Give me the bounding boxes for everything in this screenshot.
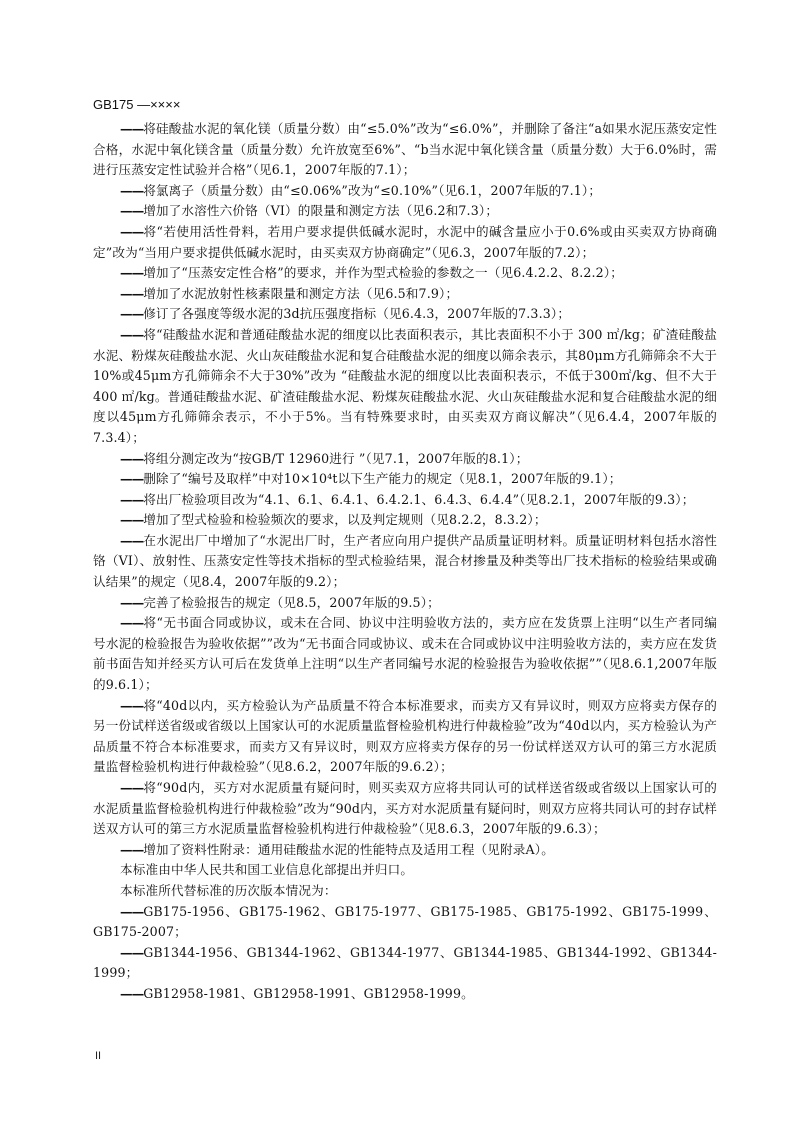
dash-marker: —— — [120, 183, 143, 198]
proposal-statement: 本标准由中华人民共和国工业信息化部提出并归口。 — [93, 860, 717, 881]
history-item-text: GB175-1956、GB175-1962、GB175-1977、GB175-1… — [93, 904, 717, 940]
change-item: ——将氯离子（质量分数）由“≤0.06%”改为“≤0.10%”（见6.1，200… — [93, 181, 717, 202]
change-item-text: 增加了水溶性六价铬（VI）的限量和测定方法（见6.2和7.3）； — [143, 203, 498, 218]
history-item: ——GB12958-1981、GB12958-1991、GB12958-1999… — [93, 984, 717, 1005]
change-item-text: 将组分测定改为“按GB/T 12960进行 ”（见7.1，2007年版的8.1）… — [143, 451, 528, 466]
dash-marker: —— — [120, 492, 143, 507]
dash-marker: —— — [120, 986, 143, 1001]
history-item: ——GB1344-1956、GB1344-1962、GB1344-1977、GB… — [93, 943, 717, 984]
change-item: ——将组分测定改为“按GB/T 12960进行 ”（见7.1，2007年版的8.… — [93, 449, 717, 470]
dash-marker: —— — [120, 842, 143, 857]
change-item-text: 将“无书面合同或协议，或未在合同、协议中注明验收方法的，卖方应在发货票上注明“以… — [93, 615, 717, 692]
change-item-text: 删除了“编号及取样”中对10×10⁴t以下生产能力的规定（见8.1，2007年版… — [143, 471, 621, 486]
history-intro: 本标准所代替标准的历次版本情况为： — [93, 881, 717, 902]
dash-marker: —— — [120, 945, 143, 960]
dash-marker: —— — [120, 904, 143, 919]
change-item: ——将“若使用活性骨料，若用户要求提供低碱水泥时，水泥中的碱含量应小于0.6%或… — [93, 222, 717, 263]
dash-marker: —— — [120, 224, 143, 239]
change-item: ——增加了水溶性六价铬（VI）的限量和测定方法（见6.2和7.3）； — [93, 201, 717, 222]
change-item: ——将“无书面合同或协议，或未在合同、协议中注明验收方法的，卖方应在发货票上注明… — [93, 613, 717, 695]
history-item-text: GB12958-1981、GB12958-1991、GB12958-1999。 — [143, 986, 474, 1001]
dash-marker: —— — [120, 595, 143, 610]
change-item: ——将“90d内，买方对水泥质量有疑问时，则买卖双方应将共同认可的试样送省级或省… — [93, 778, 717, 840]
dash-marker: —— — [120, 286, 143, 301]
dash-marker: —— — [120, 121, 143, 136]
change-item-text: 增加了型式检验和检验频次的要求，以及判定规则（见8.2.2，8.3.2）； — [143, 512, 546, 527]
dash-marker: —— — [120, 306, 143, 321]
change-item: ——增加了“压蒸安定性合格”的要求，并作为型式检验的参数之一（见6.4.2.2、… — [93, 263, 717, 284]
dash-marker: —— — [120, 615, 143, 630]
change-item-text: 增加了资料性附录：通用硅酸盐水泥的性能特点及适用工程（见附录A）。 — [143, 842, 554, 857]
change-item-text: 将“若使用活性骨料，若用户要求提供低碱水泥时，水泥中的碱含量应小于0.6%或由买… — [93, 224, 717, 260]
change-item-text: 增加了水泥放射性核素限量和测定方法（见6.5和7.9）； — [143, 286, 458, 301]
change-item: ——将出厂检验项目改为“4.1、6.1、6.4.1、6.4.2.1、6.4.3、… — [93, 490, 717, 511]
dash-marker: —— — [120, 265, 143, 280]
change-item: ——在水泥出厂中增加了“水泥出厂时，生产者应向用户提供产品质量证明材料。质量证明… — [93, 531, 717, 593]
dash-marker: —— — [120, 451, 143, 466]
change-item: ——将“40d以内，买方检验认为产品质量不符合本标准要求，而卖方又有异议时，则双… — [93, 696, 717, 778]
change-item: ——将“硅酸盐水泥和普通硅酸盐水泥的细度以比表面积表示，其比表面积不小于 300… — [93, 325, 717, 449]
change-item-text: 将“90d内，买方对水泥质量有疑问时，则买卖双方应将共同认可的试样送省级或省级以… — [93, 780, 717, 836]
change-item-text: 将“硅酸盐水泥和普通硅酸盐水泥的细度以比表面积表示，其比表面积不小于 300 ㎡… — [93, 327, 717, 445]
change-item-text: 增加了“压蒸安定性合格”的要求，并作为型式检验的参数之一（见6.4.2.2、8.… — [143, 265, 623, 280]
change-item: ——增加了型式检验和检验频次的要求，以及判定规则（见8.2.2，8.3.2）； — [93, 510, 717, 531]
change-item-text: 将氯离子（质量分数）由“≤0.06%”改为“≤0.10%”（见6.1，2007年… — [143, 183, 601, 198]
dash-marker: —— — [120, 471, 143, 486]
change-item-text: 完善了检验报告的规定（见8.5，2007年版的9.5）； — [143, 595, 440, 610]
dash-marker: —— — [120, 203, 143, 218]
change-item: ——修订了各强度等级水泥的3d抗压强度指标（见6.4.3，2007年版的7.3.… — [93, 304, 717, 325]
dash-marker: —— — [120, 780, 143, 795]
dash-marker: —— — [120, 327, 143, 342]
change-item: ——完善了检验报告的规定（见8.5，2007年版的9.5）； — [93, 593, 717, 614]
document-header-id: GB175 —×××× — [93, 97, 180, 112]
history-item: ——GB175-1956、GB175-1962、GB175-1977、GB175… — [93, 902, 717, 943]
change-item-text: 将硅酸盐水泥的氧化镁（质量分数）由“≤5.0%”改为“≤6.0%”，并删除了备注… — [93, 121, 717, 177]
change-item-text: 修订了各强度等级水泥的3d抗压强度指标（见6.4.3，2007年版的7.3.3）… — [143, 306, 570, 321]
change-item: ——删除了“编号及取样”中对10×10⁴t以下生产能力的规定（见8.1，2007… — [93, 469, 717, 490]
change-item-text: 将“40d以内，买方检验认为产品质量不符合本标准要求，而卖方又有异议时，则双方应… — [93, 698, 717, 775]
change-item: ——将硅酸盐水泥的氧化镁（质量分数）由“≤5.0%”改为“≤6.0%”，并删除了… — [93, 119, 717, 181]
page-number: II — [95, 1050, 101, 1062]
change-item: ——增加了水泥放射性核素限量和测定方法（见6.5和7.9）； — [93, 284, 717, 305]
document-body: ——将硅酸盐水泥的氧化镁（质量分数）由“≤5.0%”改为“≤6.0%”，并删除了… — [93, 119, 717, 1005]
history-item-text: GB1344-1956、GB1344-1962、GB1344-1977、GB13… — [93, 945, 717, 981]
change-item: ——增加了资料性附录：通用硅酸盐水泥的性能特点及适用工程（见附录A）。 — [93, 840, 717, 861]
change-item-text: 将出厂检验项目改为“4.1、6.1、6.4.1、6.4.2.1、6.4.3、6.… — [143, 492, 694, 507]
dash-marker: —— — [120, 533, 143, 548]
change-item-text: 在水泥出厂中增加了“水泥出厂时，生产者应向用户提供产品质量证明材料。质量证明材料… — [93, 533, 717, 589]
dash-marker: —— — [120, 698, 143, 713]
dash-marker: —— — [120, 512, 143, 527]
